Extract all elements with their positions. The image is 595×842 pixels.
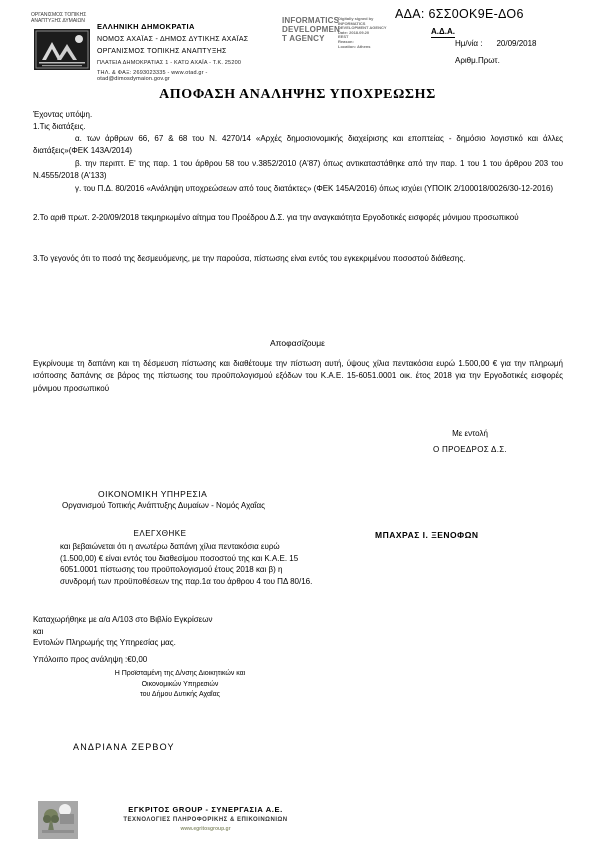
registered-line1: Καταχωρήθηκε με α/α Α/103 στο Βιβλίο Εγκ… bbox=[33, 615, 212, 624]
ada-label: Α.Δ.Α. bbox=[431, 27, 455, 38]
head-title-line3: του Δήμου Δυτικής Αχαΐας bbox=[50, 690, 310, 701]
footer-company-subtitle: ΤΕΧΝΟΛΟΓΙΕΣ ΠΛΗΡΟΦΟΡΙΚΗΣ & ΕΠΙΚΟΙΝΩΝΙΩΝ bbox=[88, 817, 323, 823]
department-head-name: ΑΝΔΡΙΑΝΑ ΖΕΡΒΟΥ bbox=[73, 742, 175, 752]
checked-text: και βεβαιώνεται ότι η ανωτέρω δαπάνη χίλ… bbox=[60, 541, 314, 587]
digital-signature-details: Digitally signed by INFORMATICS DEVELOPM… bbox=[338, 17, 400, 49]
balance-remaining: Υπόλοιπο προς ανάληψη :€0,00 bbox=[33, 655, 147, 664]
item-1: 1.Τις διατάξεις. bbox=[33, 121, 563, 133]
footer-company-url: www.egritosgroup.gr bbox=[88, 826, 323, 832]
agency-line2: DEVELOPMEN bbox=[282, 25, 338, 34]
signature-president-block: Με εντολή Ο ΠΡΟΕΔΡΟΣ Δ.Σ. bbox=[370, 428, 570, 456]
org-emblem-icon bbox=[33, 24, 91, 79]
item-3: 3.Το γεγονός ότι το ποσό της δεσμευόμενη… bbox=[33, 253, 563, 265]
checked-label: ΕΛΕΓΧΘΗΚΕ bbox=[60, 529, 260, 538]
department-head-title: Η Προϊσταμένη της Δ/νσης Διοικητικών και… bbox=[50, 669, 310, 701]
footer-company-name: ΕΓΚΡΙΤΟΣ GROUP - ΣΥΝΕΡΓΑΣΙΑ Α.Ε. bbox=[88, 805, 323, 814]
president-title: Ο ΠΡΟΕΔΡΟΣ Δ.Σ. bbox=[370, 444, 570, 456]
item-1c: γ. του Π.Δ. 80/2016 «Ανάληψη υποχρεώσεων… bbox=[33, 183, 563, 195]
item-1b: β. την περιπτ. Ε' της παρ. 1 του άρθρου … bbox=[33, 158, 563, 183]
finance-officer-name: ΜΠΑΧΡΑΣ Ι. ΞΕΝΟΦΩΝ bbox=[375, 530, 555, 540]
having-regard: Έχοντας υπόψη. bbox=[33, 109, 563, 121]
org-address: ΠΛΑΤΕΙΑ ΔΗΜΟΚΡΑΤΙΑΣ 1 - ΚΑΤΩ ΑΧΑΪΑ - Τ.Κ… bbox=[97, 60, 282, 66]
by-order: Με εντολή bbox=[370, 428, 570, 440]
digital-signer-agency: INFORMATICS DEVELOPMEN T AGENCY bbox=[282, 16, 338, 43]
footer-company-block: ΕΓΚΡΙΤΟΣ GROUP - ΣΥΝΕΡΓΑΣΙΑ Α.Ε. ΤΕΧΝΟΛΟ… bbox=[88, 805, 323, 832]
finance-service-subtitle: Οργανισμού Τοπικής Ανάπτυξης Δυμαίων - Ν… bbox=[62, 501, 265, 510]
date-value: 20/09/2018 bbox=[496, 39, 536, 48]
item-2: 2.Το αριθ πρωτ. 2-20/09/2018 τεκμηριωμέν… bbox=[33, 212, 563, 224]
sig-line: Location: Athens bbox=[338, 45, 400, 50]
org-logo-caption: ΟΡΓΑΝΙΣΜΟΣ ΤΟΠΙΚΗΣ ΑΝΑΠΤΥΞΗΣ ΔΥΜΑΙΩΝ bbox=[31, 13, 95, 24]
registered-line2: και bbox=[33, 627, 43, 636]
org-municipality: ΝΟΜΟΣ ΑΧΑΪΑΣ - ΔΗΜΟΣ ΔΥΤΙΚΗΣ ΑΧΑΪΑΣ bbox=[97, 36, 282, 43]
ada-code: ΑΔΑ: 6ΣΣ0ΟΚ9Ε-ΔΟ6 bbox=[395, 7, 524, 21]
agency-line1: INFORMATICS bbox=[282, 16, 338, 25]
decide-heading: Αποφασίζουμε bbox=[0, 338, 595, 348]
document-page: ΟΡΓΑΝΙΣΜΟΣ ΤΟΠΙΚΗΣ ΑΝΑΠΤΥΞΗΣ ΔΥΜΑΙΩΝ ΕΛΛ… bbox=[0, 0, 595, 842]
finance-service-title: ΟΙΚΟΝΟΜΙΚΗ ΥΠΗΡΕΣΙΑ bbox=[98, 489, 207, 499]
org-contact: ΤΗΛ. & ΦΑΞ: 2693023335 - www.otad.gr - o… bbox=[97, 70, 282, 82]
org-agency: ΟΡΓΑΝΙΣΜΟΣ ΤΟΠΙΚΗΣ ΑΝΑΠΤΥΞΗΣ bbox=[97, 48, 282, 55]
head-title-line1: Η Προϊσταμένη της Δ/νσης Διοικητικών και bbox=[50, 669, 310, 680]
agency-line3: T AGENCY bbox=[282, 34, 338, 43]
page-title: ΑΠΟΦΑΣΗ ΑΝΑΛΗΨΗΣ ΥΠΟΧΡΕΩΣΗΣ bbox=[0, 87, 595, 103]
head-title-line2: Οικονομικών Υπηρεσιών bbox=[50, 680, 310, 691]
item-1a: α. των άρθρων 66, 67 & 68 του Ν. 4270/14… bbox=[33, 133, 563, 158]
date-label: Ημ/νία : bbox=[455, 39, 482, 48]
org-country: ΕΛΛΗΝΙΚΗ ΔΗΜΟΚΡΑΤΙΑ bbox=[97, 22, 282, 31]
protocol-label: Αριθμ.Πρωτ. bbox=[455, 56, 500, 65]
date-row: Ημ/νία :20/09/2018 bbox=[455, 39, 537, 48]
decision-paragraph: Εγκρίνουμε τη δαπάνη και τη δέσμευση πίσ… bbox=[33, 358, 563, 395]
footer-company-logo-icon bbox=[38, 801, 78, 842]
org-header: ΕΛΛΗΝΙΚΗ ΔΗΜΟΚΡΑΤΙΑ ΝΟΜΟΣ ΑΧΑΪΑΣ - ΔΗΜΟΣ… bbox=[97, 22, 282, 86]
registered-line3: Εντολών Πληρωμής της Υπηρεσίας μας. bbox=[33, 638, 176, 647]
